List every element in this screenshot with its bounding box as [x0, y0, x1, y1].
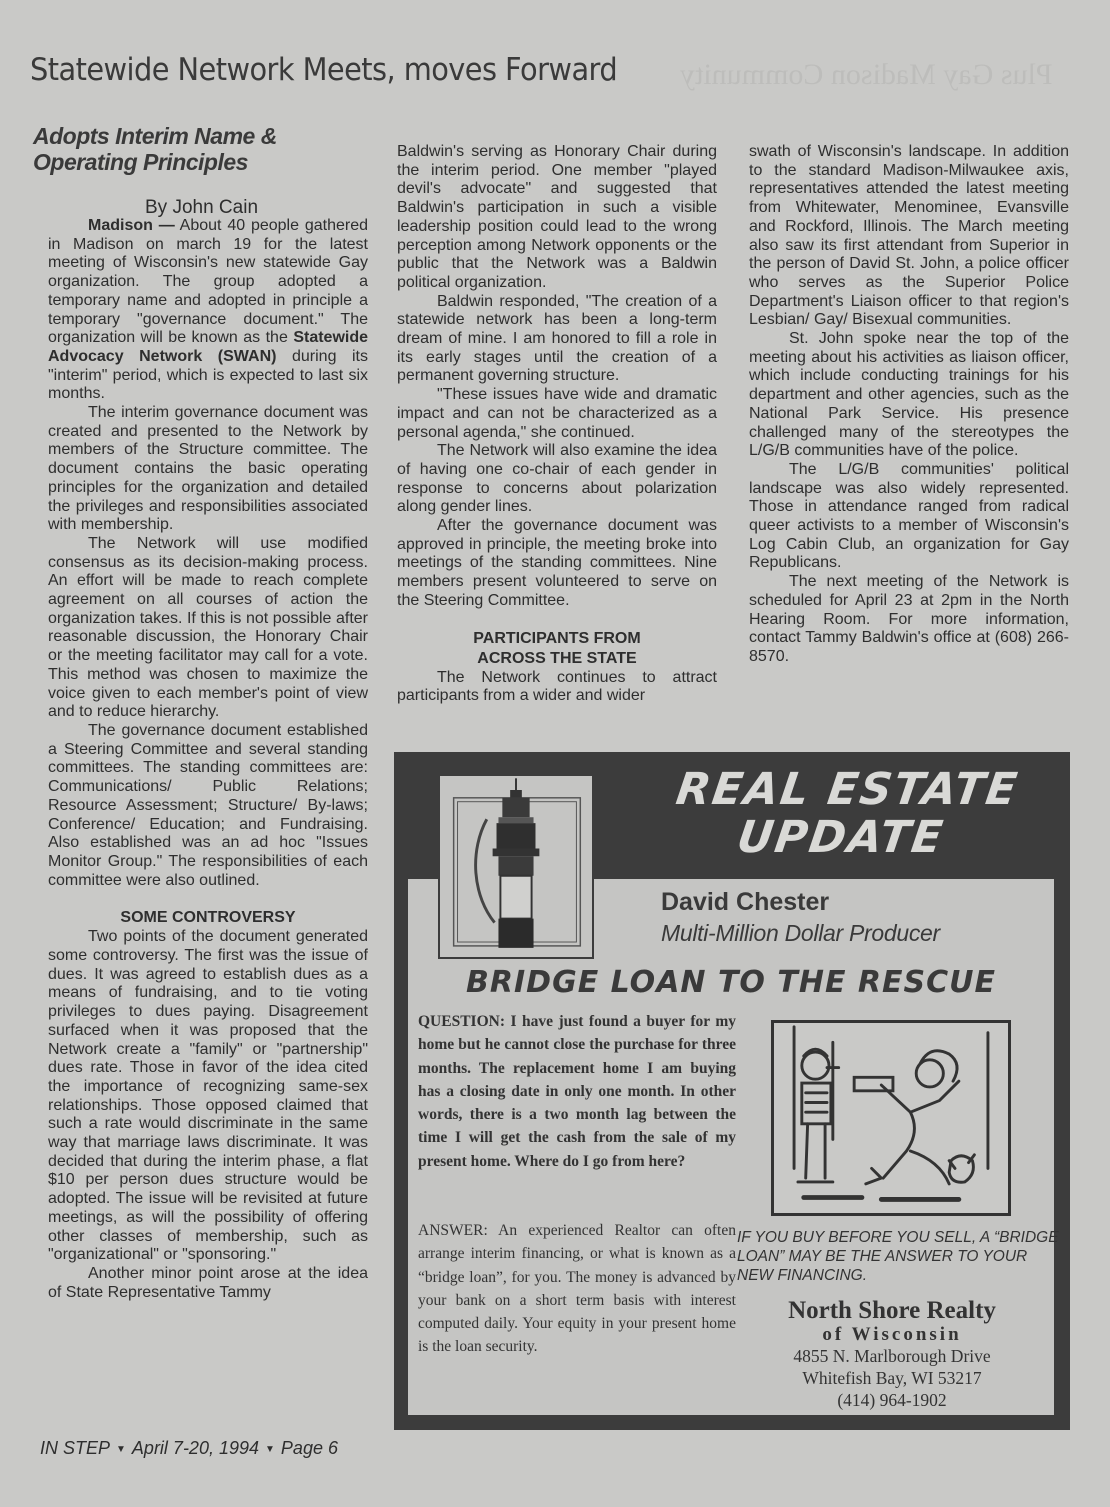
section-subhead: PARTICIPANTS FROMACROSS THE STATE [397, 629, 717, 669]
article-paragraph: Baldwin's serving as Honorary Chair duri… [397, 143, 717, 293]
article-paragraph: The next meeting of the Network is sched… [749, 573, 1069, 667]
address-line-2: Whitefish Bay, WI 53217 [737, 1368, 1047, 1388]
article-column-1: Madison — About 40 people gathered in Ma… [48, 217, 368, 1302]
article-paragraph: Madison — About 40 people gathered in Ma… [48, 217, 368, 404]
article-paragraph: The Network will also examine the idea o… [397, 442, 717, 517]
agent-name: David Chester [661, 888, 829, 917]
article-paragraph: The governance document established a St… [48, 722, 368, 890]
newspaper-page: Plus Gay Madison Community Statewide Net… [0, 0, 1110, 1507]
article-paragraph: swath of Wisconsin's landscape. In addit… [749, 143, 1069, 330]
article-paragraph: "These issues have wide and dramatic imp… [397, 386, 717, 442]
issue-date: April 7-20, 1994 [132, 1438, 259, 1458]
bleed-through-text: Plus Gay Madison Community [680, 58, 1053, 92]
page-footer: IN STEP▼April 7-20, 1994▼Page 6 [40, 1438, 338, 1459]
company-subtitle: of Wisconsin [737, 1325, 1047, 1344]
ad-question: QUESTION: I have just found a buyer for … [418, 1010, 736, 1173]
article-deck: Adopts Interim Name & Operating Principl… [33, 123, 333, 175]
triangle-separator-icon: ▼ [116, 1444, 126, 1455]
address-line-1: 4855 N. Marlborough Drive [737, 1346, 1047, 1366]
article-paragraph: Another minor point arose at the idea of… [48, 1265, 368, 1302]
ad-banner-headline: BRIDGE LOAN TO THE RESCUE [408, 965, 1054, 1000]
publication-name: IN STEP [40, 1438, 110, 1458]
company-name: North Shore Realty [737, 1297, 1047, 1325]
article-paragraph: After the governance document was approv… [397, 517, 717, 611]
article-byline: By John Cain [145, 197, 258, 219]
cartoon-illustration [771, 1020, 1011, 1216]
article-paragraph: Baldwin responded, "The creation of a st… [397, 293, 717, 387]
page-number: Page 6 [281, 1438, 338, 1458]
article-paragraph: The L/G/B communities' political landsca… [749, 461, 1069, 573]
lighthouse-icon [438, 774, 594, 959]
article-paragraph: The interim governance document was crea… [48, 404, 368, 535]
article-paragraph: The Network continues to attract partici… [397, 669, 717, 706]
article-column-3: swath of Wisconsin's landscape. In addit… [749, 143, 1069, 667]
ad-answer: ANSWER: An experienced Realtor can often… [418, 1219, 736, 1359]
article-column-2: Baldwin's serving as Honorary Chair duri… [397, 143, 717, 706]
triangle-separator-icon: ▼ [265, 1444, 275, 1455]
company-info: North Shore Realty of Wisconsin 4855 N. … [737, 1297, 1047, 1410]
section-subhead: SOME CONTROVERSY [48, 908, 368, 928]
ad-title: REAL ESTATE UPDATE [627, 766, 1060, 862]
article-paragraph: Two points of the document generated som… [48, 928, 368, 1265]
agent-title: Multi-Million Dollar Producer [661, 920, 940, 947]
article-paragraph: St. John spoke near the top of the meeti… [749, 330, 1069, 461]
ad-tagline: IF YOU BUY BEFORE YOU SELL, A “BRIDGE LO… [737, 1228, 1067, 1285]
real-estate-advertisement: REAL ESTATE UPDATE David Chester Multi-M… [394, 752, 1070, 1430]
dateline: Madison — [88, 217, 175, 234]
article-headline: Statewide Network Meets, moves Forward [30, 52, 617, 88]
phone-number: (414) 964-1902 [737, 1390, 1047, 1410]
article-paragraph: The Network will use modified consensus … [48, 535, 368, 722]
